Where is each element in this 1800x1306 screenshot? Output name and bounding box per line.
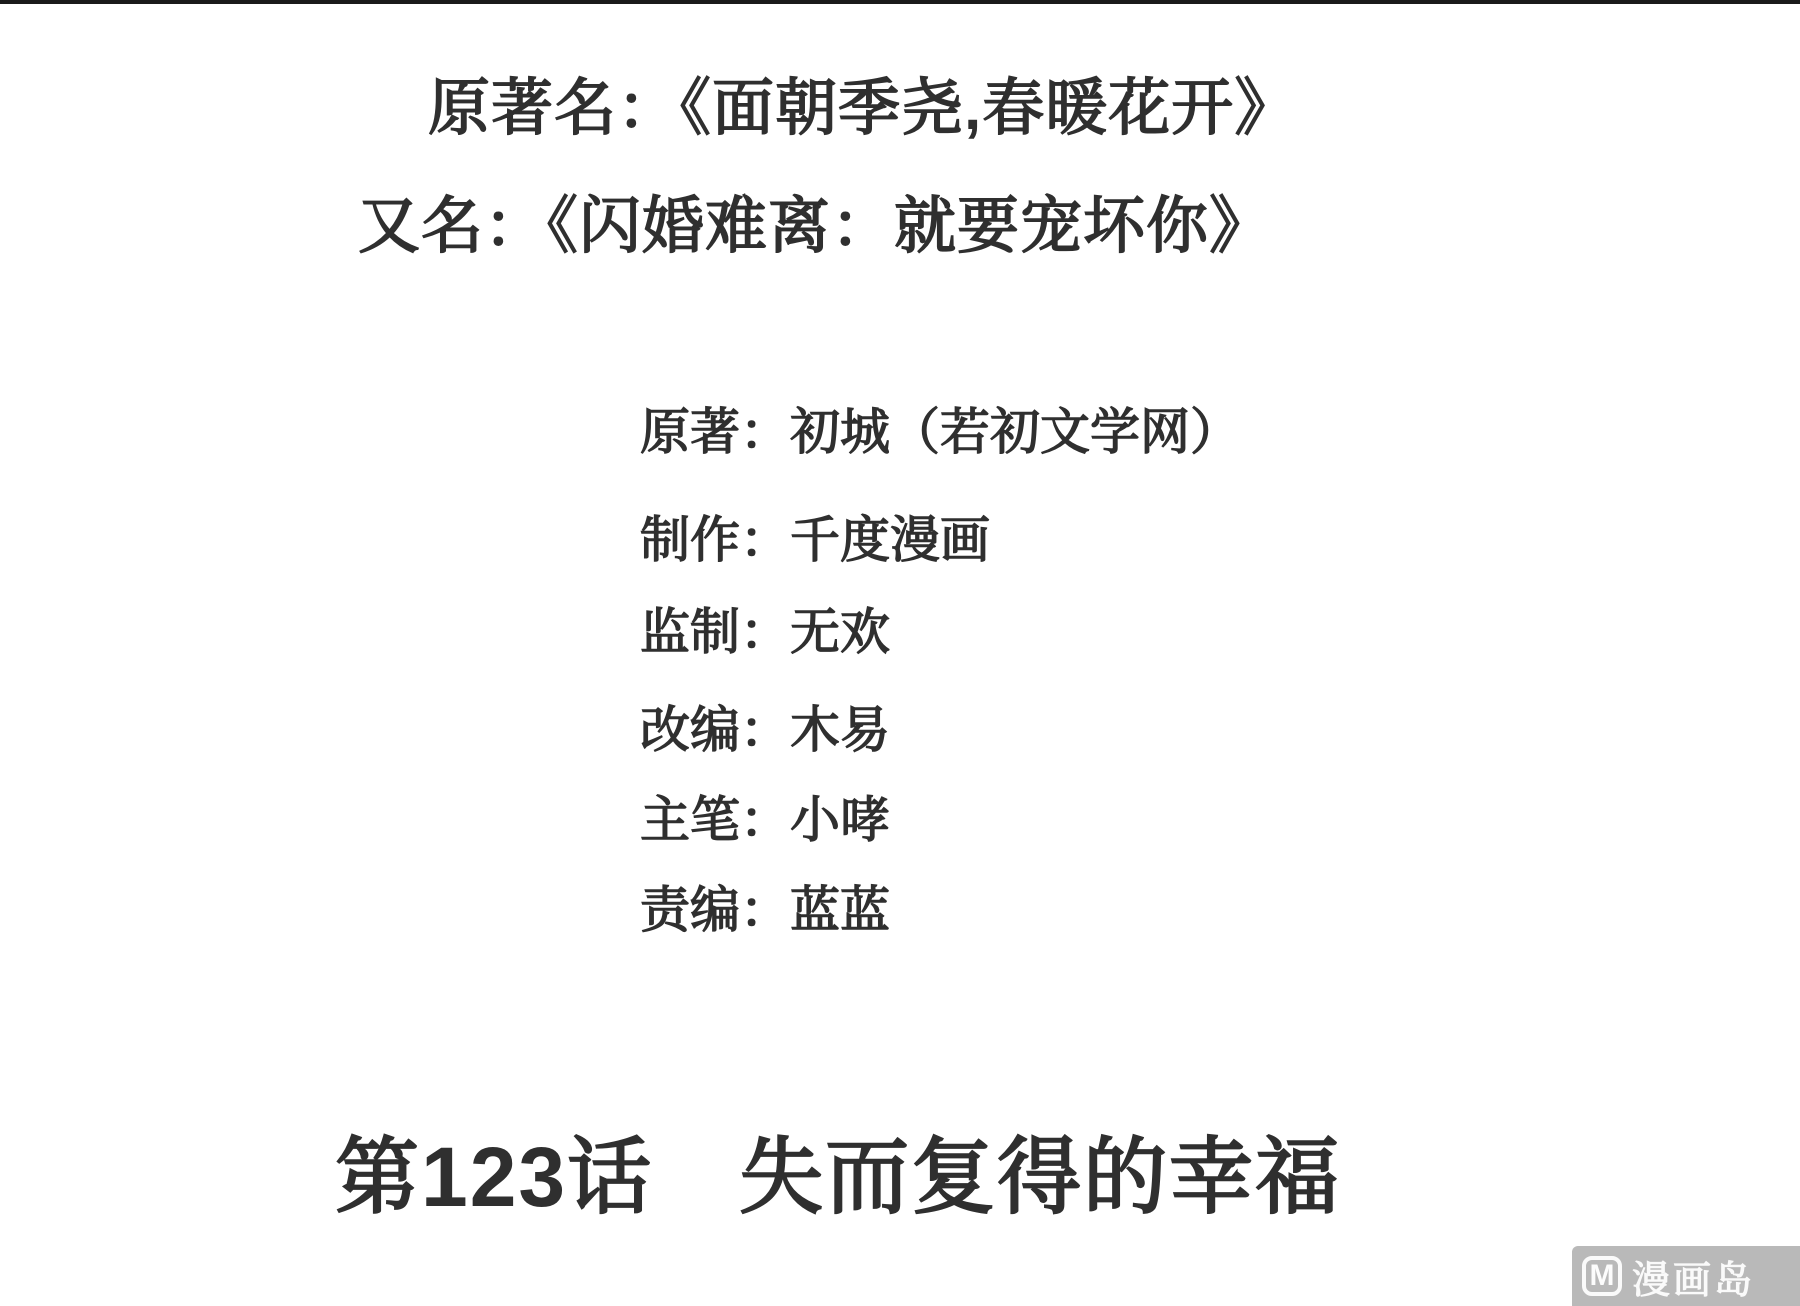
credit-supervisor: 监制：无欢 <box>640 592 890 664</box>
credit-original-author: 原著：初城（若初文学网） <box>640 392 1240 464</box>
manhuadao-logo-icon: M <box>1582 1256 1622 1296</box>
credit-production: 制作：千度漫画 <box>640 500 990 572</box>
original-title-line: 原著名：《面朝季尧,春暖花开》 <box>428 58 1297 147</box>
comic-credits-page: 原著名：《面朝季尧,春暖花开》 又名：《闪婚难离：就要宠坏你》 原著：初城（若初… <box>0 0 1800 1306</box>
credit-adaptation: 改编：木易 <box>640 690 890 762</box>
chapter-title: 第123话 失而复得的幸福 <box>335 1110 1341 1231</box>
top-border-line <box>0 0 1800 4</box>
site-watermark: M 漫画岛 <box>1572 1246 1800 1306</box>
watermark-site-name: 漫画岛 <box>1632 1249 1755 1304</box>
credit-editor: 责编：蓝蓝 <box>640 870 890 942</box>
credit-lead-artist: 主笔：小哮 <box>640 780 890 852</box>
alternate-title-line: 又名：《闪婚难离：就要宠坏你》 <box>358 176 1272 265</box>
